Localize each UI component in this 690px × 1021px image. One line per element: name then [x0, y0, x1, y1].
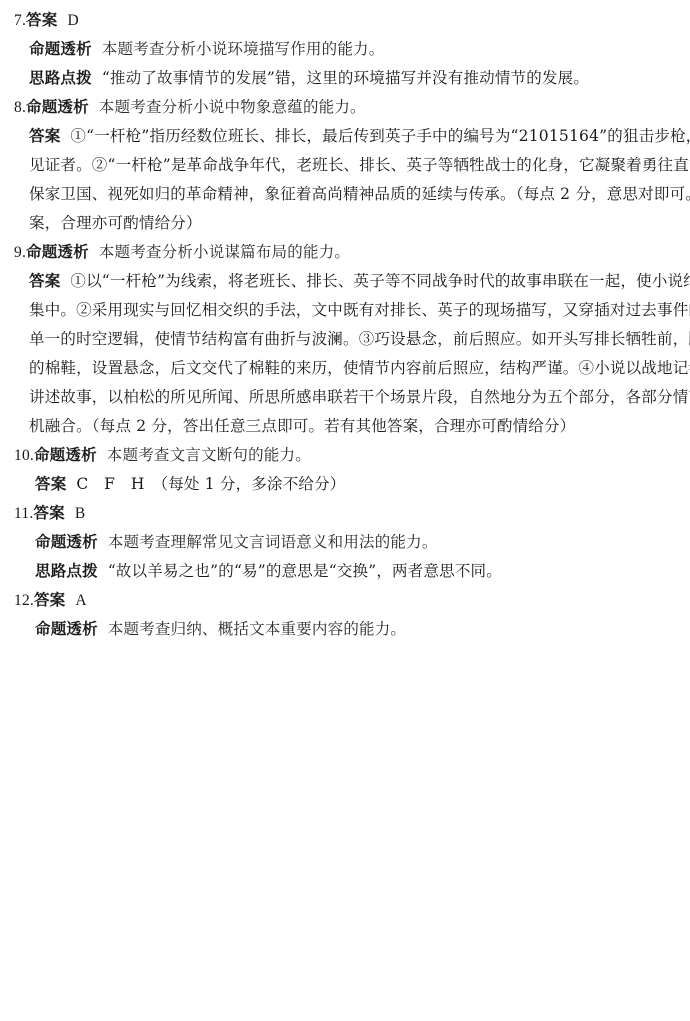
answer-value: A: [75, 592, 86, 609]
analysis-text: 本题考查分析小说环境描写作用的能力。: [102, 40, 385, 58]
analysis-text: 本题考查理解常见文言词语意义和用法的能力。: [108, 533, 438, 551]
q7-hint-line: 思路点拨“推动了故事情节的发展”错，这里的环境描写并没有推动情节的发展。: [29, 66, 589, 90]
answer-label: 答案: [34, 591, 65, 609]
question-number: 10.: [14, 447, 34, 464]
q9-answer-line: 答案①以“一杆枪”为线索，将老班长、排长、英子等不同战争时代的故事串联在一起，使…: [29, 269, 690, 293]
analysis-label: 命题透析: [35, 620, 98, 638]
analysis-text: 本题考查归纳、概括文本重要内容的能力。: [108, 620, 406, 638]
analysis-text: 本题考查分析小说谋篇布局的能力。: [99, 243, 350, 261]
hint-label: 思路点拨: [29, 69, 92, 87]
answer-label: 答案: [26, 11, 57, 29]
q11-hint-line: 思路点拨“故以羊易之也”的“易”的意思是“交换”，两者意思不同。: [35, 559, 502, 583]
document-page: 7.答案D 命题透析本题考查分析小说环境描写作用的能力。 思路点拨“推动了故事情…: [0, 0, 690, 1021]
answer-text-line: 单一的时空逻辑，使情节结构富有曲折与波澜。③巧设悬念，前后照应。如开头写排长牺牲…: [29, 327, 690, 351]
hint-label: 思路点拨: [35, 562, 98, 580]
hint-text: “推动了故事情节的发展”错，这里的环境描写并没有推动情节的发展。: [102, 69, 589, 87]
analysis-text: 本题考查分析小说中物象意蕴的能力。: [99, 98, 366, 116]
analysis-label: 命题透析: [29, 40, 92, 58]
q8-analysis-line: 8.命题透析本题考查分析小说中物象意蕴的能力。: [14, 95, 366, 119]
answer-text-line: 保家卫国、视死如归的革命精神，象征着高尚精神品质的延续与传承。（每点 2 分，意…: [29, 182, 690, 206]
q8-answer-line: 答案①“一杆枪”指历经数位班长、排长，最后传到英子手中的编号为“21015164…: [29, 124, 690, 148]
answer-text-line: ①以“一杆枪”为线索，将老班长、排长、英子等不同战争时代的故事串联在一起，使小说…: [70, 272, 690, 290]
analysis-label: 命题透析: [26, 243, 89, 261]
answer-label: 答案: [29, 127, 60, 145]
answer-text-line: 讲述故事，以柏松的所见所闻、所思所感串联若干个场景片段，自然地分为五个部分，各部…: [29, 385, 690, 409]
q7-analysis-line: 命题透析本题考查分析小说环境描写作用的能力。: [29, 37, 384, 61]
q11-answer-line: 11.答案B: [14, 501, 85, 525]
answer-label: 答案: [33, 504, 64, 522]
answer-label: 答案: [29, 272, 60, 290]
q7-answer-line: 7.答案D: [14, 8, 79, 32]
answer-value: D: [67, 12, 78, 29]
analysis-label: 命题透析: [26, 98, 89, 116]
q10-analysis-line: 10.命题透析本题考查文言文断句的能力。: [14, 443, 311, 467]
answer-text-line: 集中。②采用现实与回忆相交织的手法，文中既有对排长、英子的现场描写，又穿插对过去…: [29, 298, 690, 322]
answer-value: B: [75, 505, 86, 522]
answer-text-line: 见证者。②“一杆枪”是革命战争年代，老班长、排长、英子等牺牲战士的化身，它凝聚着…: [29, 153, 690, 177]
question-number: 9.: [14, 244, 26, 261]
q12-analysis-line: 命题透析本题考查归纳、概括文本重要内容的能力。: [35, 617, 406, 641]
question-number: 12.: [14, 592, 34, 609]
q10-answer-line: 答案C F H （每处 1 分，多涂不给分）: [35, 472, 346, 496]
answer-label: 答案: [35, 475, 66, 493]
analysis-label: 命题透析: [34, 446, 97, 464]
answer-text-line: 的棉鞋，设置悬念，后文交代了棉鞋的来历，使情节内容前后照应，结构严谨。④小说以战…: [29, 356, 690, 380]
q12-answer-line: 12.答案A: [14, 588, 87, 612]
answer-text-line: 机融合。（每点 2 分，答出任意三点即可。若有其他答案，合理亦可酌情给分）: [29, 414, 575, 438]
answer-text-line: ①“一杆枪”指历经数位班长、排长，最后传到英子手中的编号为“21015164”的…: [70, 127, 690, 145]
hint-text: “故以羊易之也”的“易”的意思是“交换”，两者意思不同。: [108, 562, 502, 580]
question-number: 8.: [14, 99, 26, 116]
question-number: 7.: [14, 12, 26, 29]
answer-value: C F H （每处 1 分，多涂不给分）: [76, 475, 345, 493]
q9-analysis-line: 9.命题透析本题考查分析小说谋篇布局的能力。: [14, 240, 350, 264]
q11-analysis-line: 命题透析本题考查理解常见文言词语意义和用法的能力。: [35, 530, 438, 554]
answer-text-line: 案，合理亦可酌情给分）: [29, 211, 202, 235]
analysis-text: 本题考查文言文断句的能力。: [107, 446, 311, 464]
question-number: 11.: [14, 505, 33, 522]
analysis-label: 命题透析: [35, 533, 98, 551]
